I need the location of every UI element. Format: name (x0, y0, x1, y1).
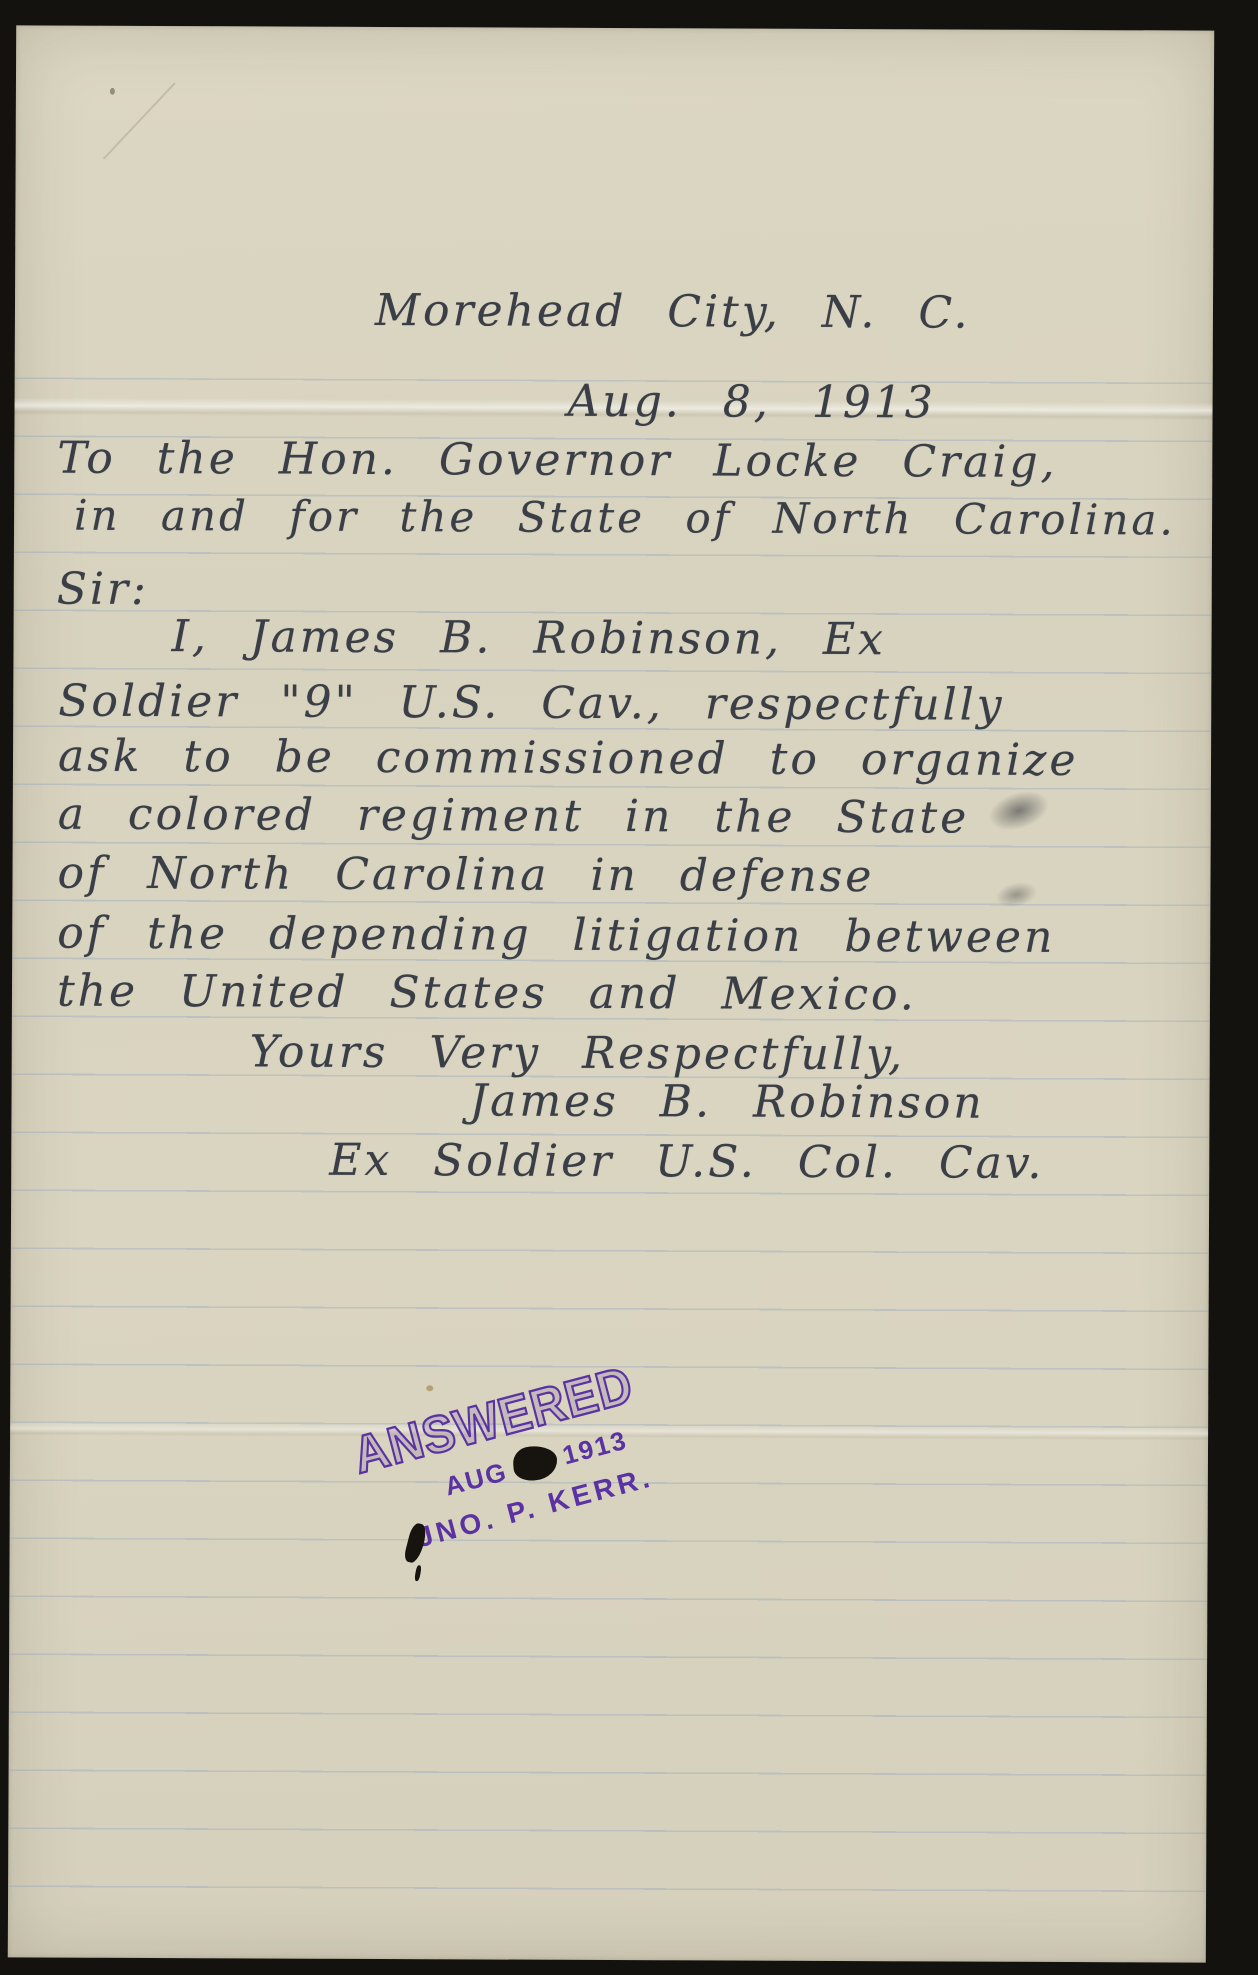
body-line: a colored regiment in the State (58, 793, 970, 841)
answered-stamp: ANSWERED AUG 1913 JNO. P. KERR. (348, 1345, 711, 1562)
ink-smudge (993, 879, 1039, 911)
body-line: the United States and Mexico. (57, 970, 917, 1018)
recipient-line: in and for the State of North Carolina. (74, 495, 1176, 542)
signature-title: Ex Soldier U.S. Col. Cav. (329, 1139, 1044, 1186)
letter-paper: Morehead City, N. C. Aug. 8, 1913 To the… (8, 25, 1214, 1962)
date-line: Aug. 8, 1913 (567, 380, 935, 426)
body-line: of North Carolina in defense (57, 852, 874, 900)
body-line: Soldier "9" U.S. Cav., respectfully (58, 680, 1005, 728)
body-line: I, James B. Robinson, Ex (171, 615, 886, 662)
ink-blot-drip-tail (414, 1565, 422, 1582)
salutation: Sir: (57, 568, 149, 612)
body-line: of the depending litigation between (57, 912, 1055, 960)
place-line: Morehead City, N. C. (375, 289, 971, 336)
body-line: ask to be commissioned to organize (58, 735, 1079, 783)
paper-speck (110, 88, 115, 95)
recipient-line: To the Hon. Governor Locke Craig, (57, 437, 1057, 485)
stamp-date-month: AUG (442, 1458, 510, 1499)
closing-line: Yours Very Respectfully, (250, 1030, 906, 1077)
paper-spot (426, 1385, 433, 1391)
ink-blot-icon (512, 1445, 559, 1483)
ink-smudge (984, 784, 1054, 837)
scanned-letter: Morehead City, N. C. Aug. 8, 1913 To the… (0, 0, 1258, 1975)
stamp-date-year: 1913 (560, 1427, 630, 1469)
signature: James B. Robinson (469, 1079, 984, 1125)
